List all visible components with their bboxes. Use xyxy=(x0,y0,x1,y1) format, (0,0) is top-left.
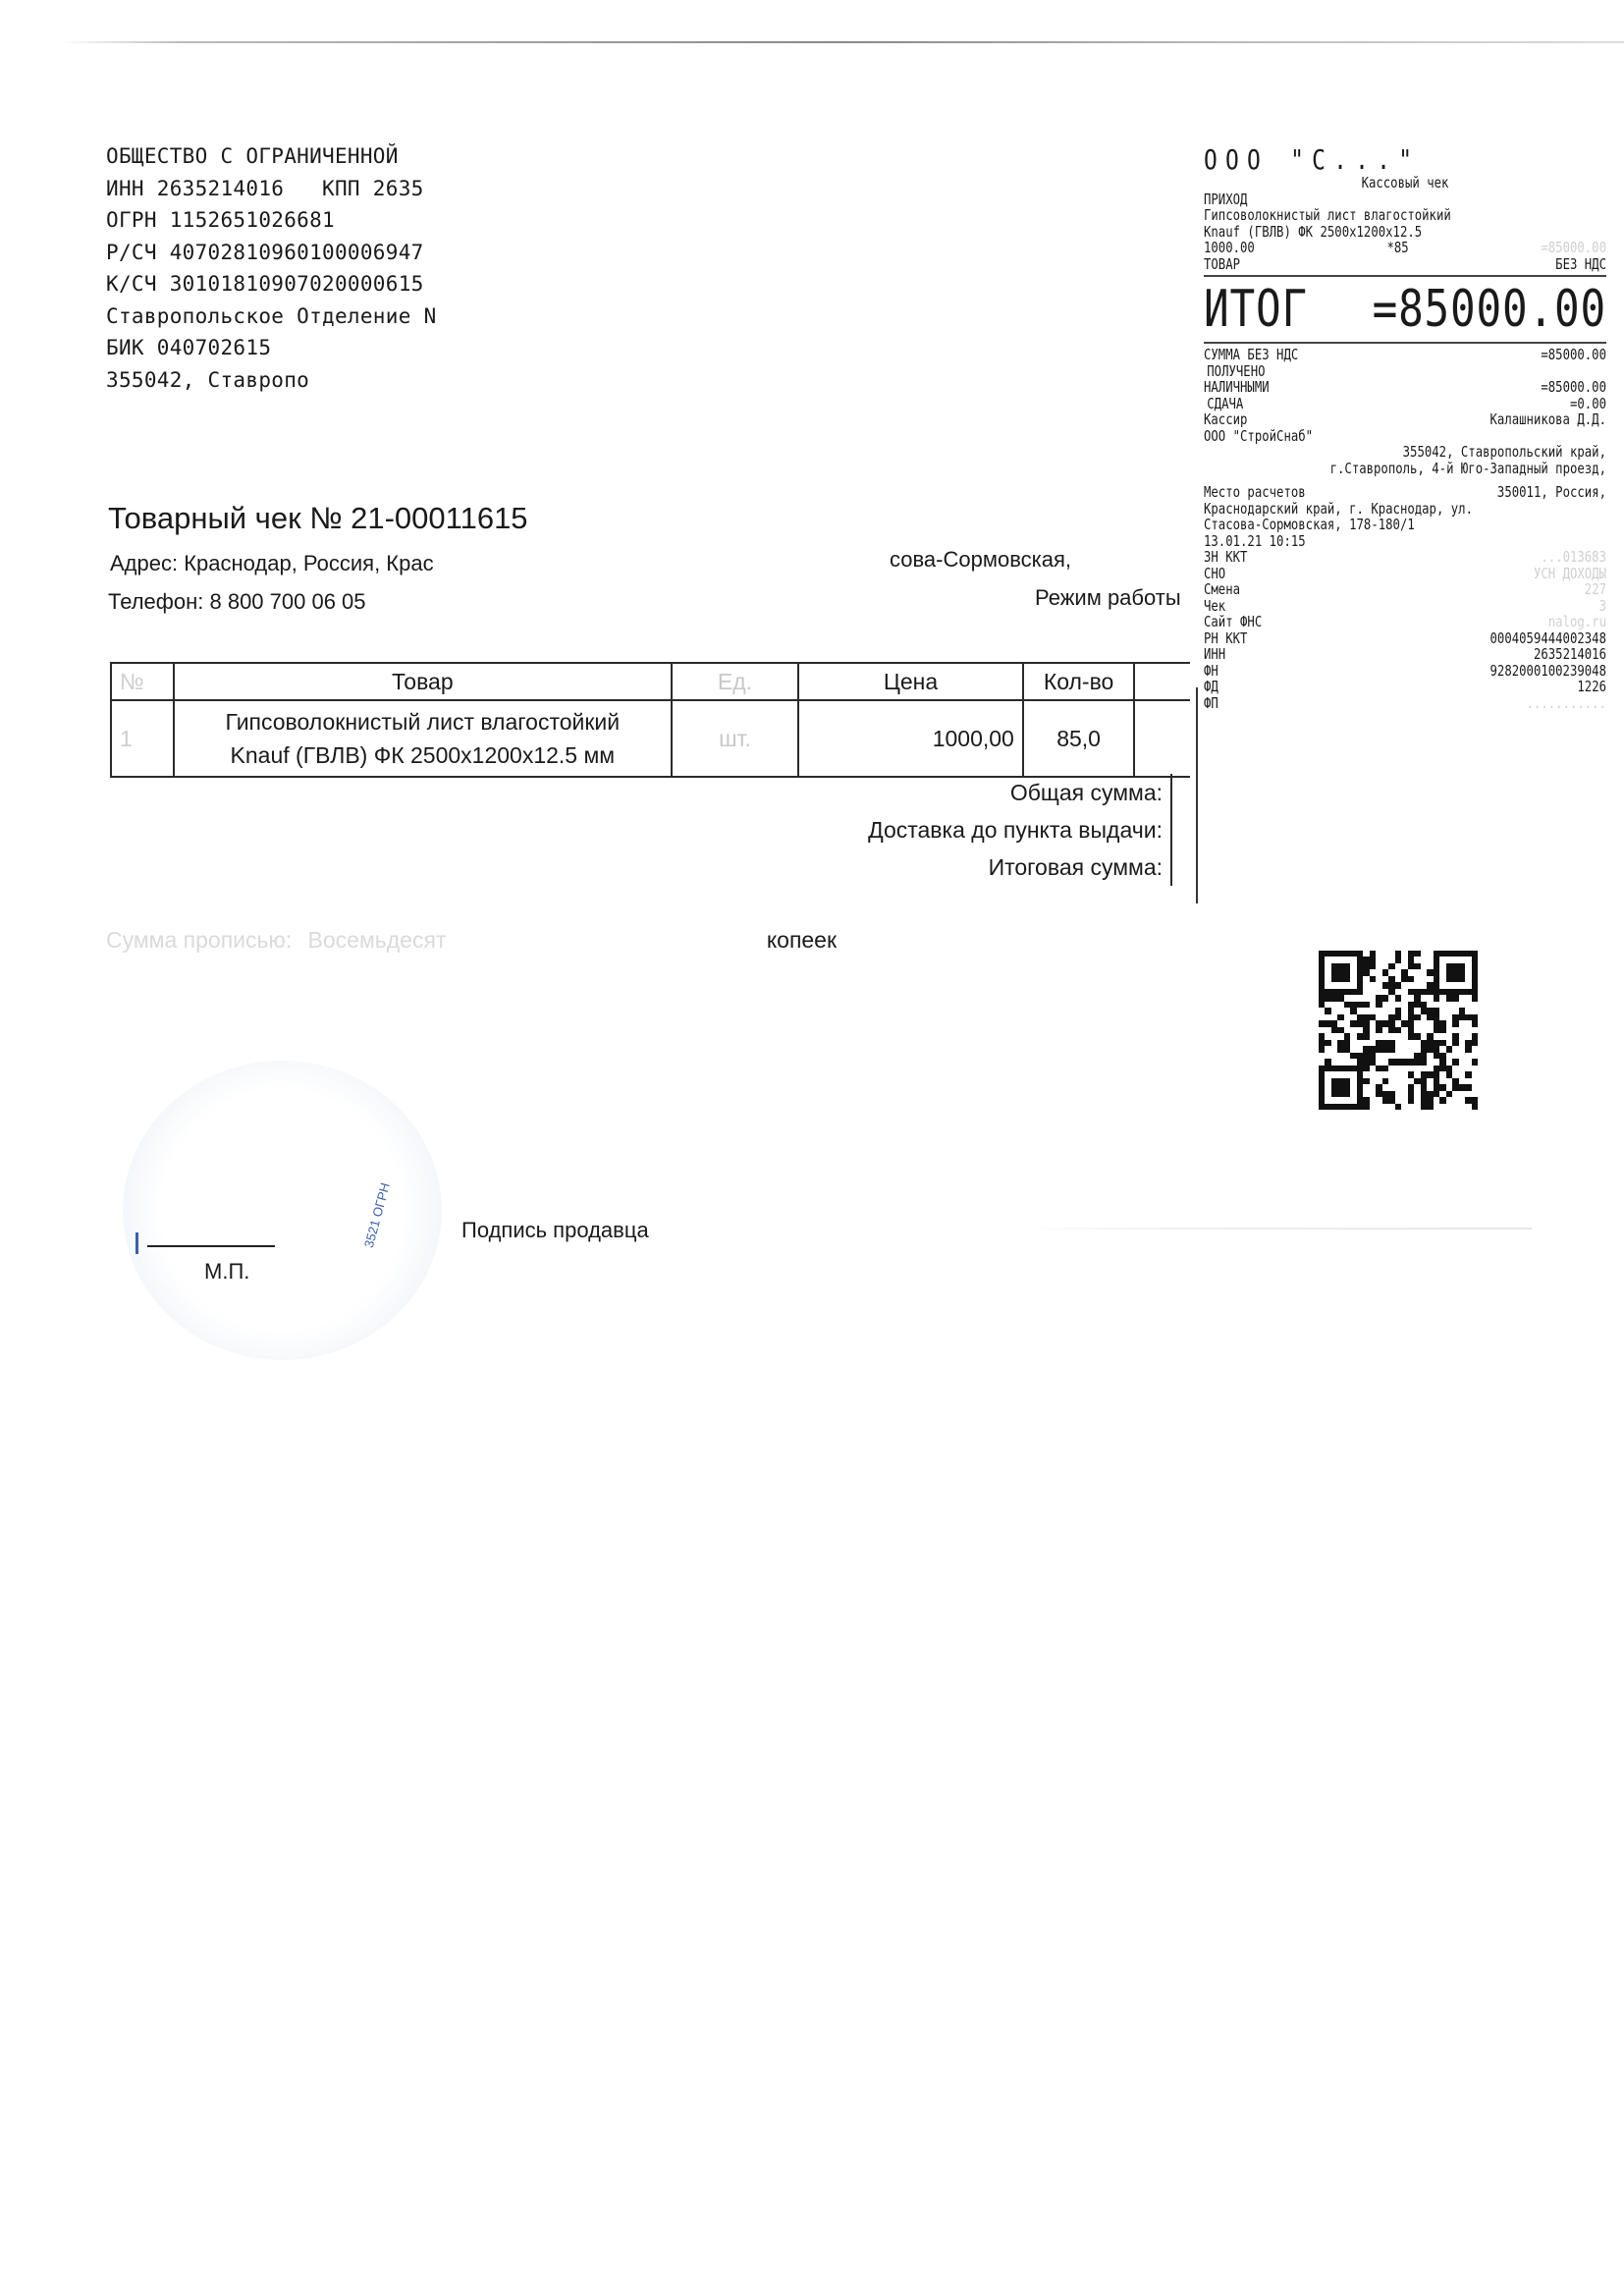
kkt-field-row: ФН9282000100239048 xyxy=(1204,663,1606,680)
company-stamp xyxy=(123,1061,442,1360)
seller-signature-label: Подпись продавца xyxy=(461,1218,649,1243)
totals-block: Общая сумма: Доставка до пункта выдачи: … xyxy=(868,774,1172,886)
company-address: 355042, Ставропо xyxy=(106,364,437,397)
kkt-field-row: ФП........... xyxy=(1204,695,1606,712)
kkt-sum-no-vat-value: =85000.00 xyxy=(1541,347,1606,363)
kkt-total-value: =85000.00 xyxy=(1373,280,1606,339)
kkt-field-label: Сайт ФНС xyxy=(1204,614,1262,630)
kkt-item-price-row: 1000.00 *85 =85000.00 xyxy=(1204,240,1606,256)
kkt-place-value2: Краснодарский край, г. Краснодар, ул. xyxy=(1204,501,1606,518)
kkt-cash-row: НАЛИЧНЫМИ =85000.00 xyxy=(1204,379,1606,396)
kkt-fiscal-fields: ЗН ККТ...013683СНОУСН ДОХОДЫСмена227Чек3… xyxy=(1204,549,1606,711)
cell-sum xyxy=(1134,700,1190,777)
cell-product: Гипсоволокнистый лист влагостойкий Knauf… xyxy=(174,700,672,777)
kkt-received-label: ПОЛУЧЕНО xyxy=(1204,363,1606,380)
receipt-fold-bracket xyxy=(1196,687,1210,903)
col-number: № xyxy=(111,663,174,700)
cell-number: 1 xyxy=(111,700,174,777)
kkt-seller-org: ООО "СтройСнаб" xyxy=(1204,428,1606,445)
delivery-label: Доставка до пункта выдачи: xyxy=(868,811,1172,848)
kkt-cashier-row: Кассир Калашникова Д.Д. xyxy=(1204,411,1606,428)
amount-in-words-tail: копеек xyxy=(767,927,837,953)
kkt-change-row: СДАЧА =0.00 xyxy=(1204,396,1606,412)
kkt-place-row: Место расчетов 350011, Россия, xyxy=(1204,484,1606,501)
kkt-field-label: ФН xyxy=(1204,663,1218,680)
company-inn-kpp: ИНН 2635214016 КПП 2635 xyxy=(106,173,437,205)
kkt-field-label: ФД xyxy=(1204,679,1218,695)
kkt-cash-label: НАЛИЧНЫМИ xyxy=(1204,379,1270,396)
signature-mark xyxy=(135,1232,138,1254)
kkt-cashier-label: Кассир xyxy=(1204,411,1247,428)
kkt-change-label: СДАЧА xyxy=(1204,396,1243,412)
kkt-item-line2: Knauf (ГВЛВ) ФК 2500х1200х12.5 xyxy=(1204,224,1606,241)
cell-unit: шт. xyxy=(672,700,798,777)
goods-table: № Товар Ед. Цена Кол-во 1 Гипсоволокнист… xyxy=(110,662,1190,778)
company-bank: Ставропольское Отделение N xyxy=(106,301,437,333)
company-name: ОБЩЕСТВО С ОГРАНИЧЕННОЙ xyxy=(106,140,437,173)
kkt-place-value1: 350011, Россия, xyxy=(1497,484,1606,501)
kkt-divider xyxy=(1204,342,1606,344)
kkt-item-sum: =85000.00 xyxy=(1541,240,1606,256)
receipt-work-mode: Режим работы xyxy=(1035,585,1181,611)
kkt-field-value: ...013683 xyxy=(1541,549,1606,566)
col-unit: Ед. xyxy=(672,663,798,700)
kkt-field-value: 1226 xyxy=(1577,679,1606,695)
product-name-line2: Knauf (ГВЛВ) ФК 2500х1200х12.5 мм xyxy=(183,738,663,772)
amount-in-words-label: Сумма прописью: xyxy=(106,927,292,953)
product-name-line1: Гипсоволокнистый лист влагостойкий xyxy=(183,705,663,738)
kkt-field-row: СНОУСН ДОХОДЫ xyxy=(1204,566,1606,582)
company-account: Р/СЧ 40702810960100006947 xyxy=(106,237,437,269)
kkt-item-price: 1000.00 xyxy=(1204,240,1255,256)
scan-top-edge xyxy=(59,41,1624,43)
cash-register-receipt: ООО "С..." Кассовый чек ПРИХОД Гипсоволо… xyxy=(1204,145,1606,711)
kkt-place-label: Место расчетов xyxy=(1204,484,1306,501)
receipt-title: Товарный чек № 21-00011615 xyxy=(108,501,528,536)
kkt-field-label: РН ККТ xyxy=(1204,630,1247,647)
kkt-field-label: Смена xyxy=(1204,581,1240,598)
kkt-field-label: ФП xyxy=(1204,695,1218,712)
signature-line xyxy=(147,1245,275,1247)
table-row: 1 Гипсоволокнистый лист влагостойкий Kna… xyxy=(111,700,1190,777)
col-product: Товар xyxy=(174,663,672,700)
col-sum xyxy=(1134,663,1190,700)
kkt-doc-type: Кассовый чек xyxy=(1204,175,1606,191)
kkt-field-value: 9282000100239048 xyxy=(1490,663,1606,680)
kkt-cashier-value: Калашникова Д.Д. xyxy=(1490,411,1606,428)
kkt-cash-value: =85000.00 xyxy=(1541,379,1606,396)
total-label: Общая сумма: xyxy=(868,774,1172,811)
faded-signature-line xyxy=(1021,1228,1532,1230)
kkt-change-value: =0.00 xyxy=(1570,396,1606,412)
kkt-item-type-row: ТОВАР БЕЗ НДС xyxy=(1204,256,1606,273)
kkt-org: ООО "С..." xyxy=(1204,145,1606,175)
kkt-total-label: ИТОГ xyxy=(1204,280,1308,339)
kkt-datetime: 13.01.21 10:15 xyxy=(1204,533,1606,550)
kkt-item-type: ТОВАР xyxy=(1204,256,1240,273)
kkt-field-row: ЗН ККТ...013683 xyxy=(1204,549,1606,566)
kkt-place-value3: Стасова-Сормовская, 178-180/1 xyxy=(1204,517,1606,533)
kkt-field-row: Смена227 xyxy=(1204,581,1606,598)
final-total-label: Итоговая сумма: xyxy=(868,848,1172,886)
receipt-address-tail: сова-Сормовская, xyxy=(890,547,1071,573)
table-header-row: № Товар Ед. Цена Кол-во xyxy=(111,663,1190,700)
company-corr-account: К/СЧ 30101810907020000615 xyxy=(106,268,437,301)
cell-price: 1000,00 xyxy=(798,700,1023,777)
kkt-field-label: СНО xyxy=(1204,566,1225,582)
kkt-total-row: ИТОГ =85000.00 xyxy=(1204,280,1606,339)
kkt-operation: ПРИХОД xyxy=(1204,191,1606,208)
amount-in-words-value: Восемьдесят xyxy=(308,927,447,953)
kkt-seller-addr2: г.Ставрополь, 4-й Юго-Западный проезд, xyxy=(1204,461,1606,477)
kkt-field-value: 3 xyxy=(1599,598,1606,615)
kkt-field-value: 0004059444002348 xyxy=(1490,630,1606,647)
kkt-sum-no-vat-label: СУММА БЕЗ НДС xyxy=(1204,347,1298,363)
kkt-sum-no-vat-row: СУММА БЕЗ НДС =85000.00 xyxy=(1204,347,1606,363)
kkt-item-vat: БЕЗ НДС xyxy=(1555,256,1606,273)
kkt-field-value: ........... xyxy=(1527,695,1606,712)
fiscal-qr-code xyxy=(1319,951,1478,1110)
kkt-divider xyxy=(1204,275,1606,277)
cell-qty: 85,0 xyxy=(1023,700,1135,777)
company-ogrn: ОГРН 1152651026681 xyxy=(106,204,437,237)
col-price: Цена xyxy=(798,663,1023,700)
kkt-field-label: Чек xyxy=(1204,598,1225,615)
stamp-place-label: М.П. xyxy=(204,1259,249,1285)
kkt-field-row: РН ККТ0004059444002348 xyxy=(1204,630,1606,647)
receipt-address: Адрес: Краснодар, Россия, Крас xyxy=(110,551,434,576)
kkt-field-label: ИНН xyxy=(1204,646,1225,663)
kkt-field-row: ИНН2635214016 xyxy=(1204,646,1606,663)
company-bik: БИК 040702615 xyxy=(106,332,437,364)
receipt-phone: Телефон: 8 800 700 06 05 xyxy=(108,589,366,615)
company-requisites: ОБЩЕСТВО С ОГРАНИЧЕННОЙ ИНН 2635214016 К… xyxy=(106,140,437,396)
kkt-field-row: ФД1226 xyxy=(1204,679,1606,695)
kkt-field-row: Сайт ФНСnalog.ru xyxy=(1204,614,1606,630)
kkt-item-line1: Гипсоволокнистый лист влагостойкий xyxy=(1204,207,1606,224)
kkt-field-value: 2635214016 xyxy=(1534,646,1606,663)
kkt-field-value: 227 xyxy=(1585,581,1606,598)
kkt-field-label: ЗН ККТ xyxy=(1204,549,1247,566)
amount-in-words: Сумма прописью: Восемьдесят копеек xyxy=(106,927,837,954)
kkt-item-qty: *85 xyxy=(1386,240,1408,256)
kkt-field-value: УСН ДОХОДЫ xyxy=(1534,566,1606,582)
col-qty: Кол-во xyxy=(1023,663,1135,700)
kkt-field-row: Чек3 xyxy=(1204,598,1606,615)
kkt-field-value: nalog.ru xyxy=(1548,614,1606,630)
kkt-seller-addr1: 355042, Ставропольский край, xyxy=(1204,444,1606,461)
